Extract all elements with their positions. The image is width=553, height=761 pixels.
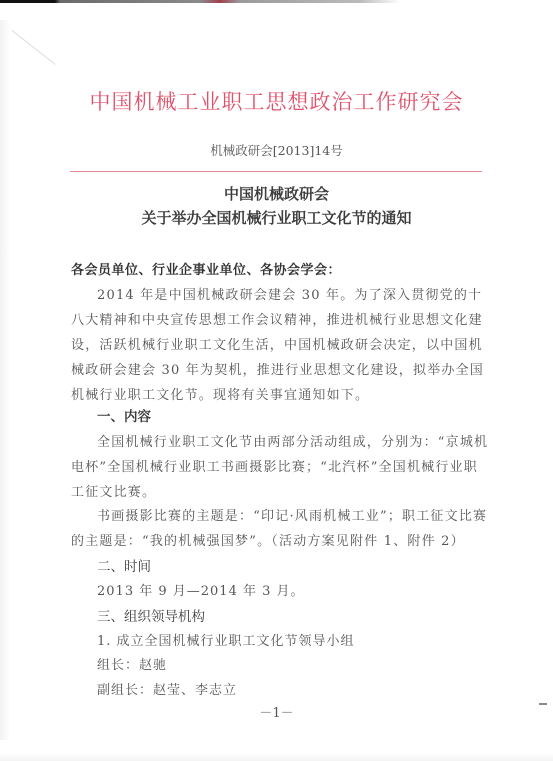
section-heading-organization: 三、组织领导机构 <box>97 605 205 625</box>
notice-title-line-1: 中国机械政研会 <box>0 183 553 204</box>
letterhead-title: 中国机械工业职工思想政治工作研究会 <box>0 86 553 116</box>
group-leader: 组长：赵驰 <box>97 654 167 673</box>
notice-title-line-2: 关于举办全国机械行业职工文化节的通知 <box>0 207 553 228</box>
document-number: 机械政研会[2013]14号 <box>0 141 553 159</box>
leadership-group-item: 1. 成立全国机械行业职工文化节领导小组 <box>97 630 355 649</box>
scan-top-edge <box>0 0 400 3</box>
deputy-group-leaders: 副组长：赵莹、李志立 <box>97 679 237 698</box>
section-heading-time: 二、时间 <box>97 555 151 575</box>
salutation: 各会员单位、行业企事业单位、各协会学会： <box>71 259 341 278</box>
content-paragraph-2: 书画摄影比赛的主题是：“印记·风雨机械工业”；职工征文比赛的主题是：“我的机械强… <box>71 504 491 554</box>
scan-crease-mark <box>12 30 56 65</box>
content-paragraph-1: 全国机械行业职工文化节由两部分活动组成，分别为：“京城机电杯”全国机械行业职工书… <box>71 430 491 505</box>
scan-bottom-shade <box>0 753 553 761</box>
time-range: 2013 年 9 月—2014 年 3 月。 <box>97 580 305 599</box>
section-heading-content: 一、内容 <box>97 405 151 425</box>
red-divider-rule <box>70 171 482 172</box>
scan-left-shadow <box>0 20 10 740</box>
intro-paragraph: 2014 年是中国机械政研会建会 30 年。为了深入贯彻党的十八大精神和中央宣传… <box>71 283 491 408</box>
page-number: －1－ <box>0 702 553 721</box>
